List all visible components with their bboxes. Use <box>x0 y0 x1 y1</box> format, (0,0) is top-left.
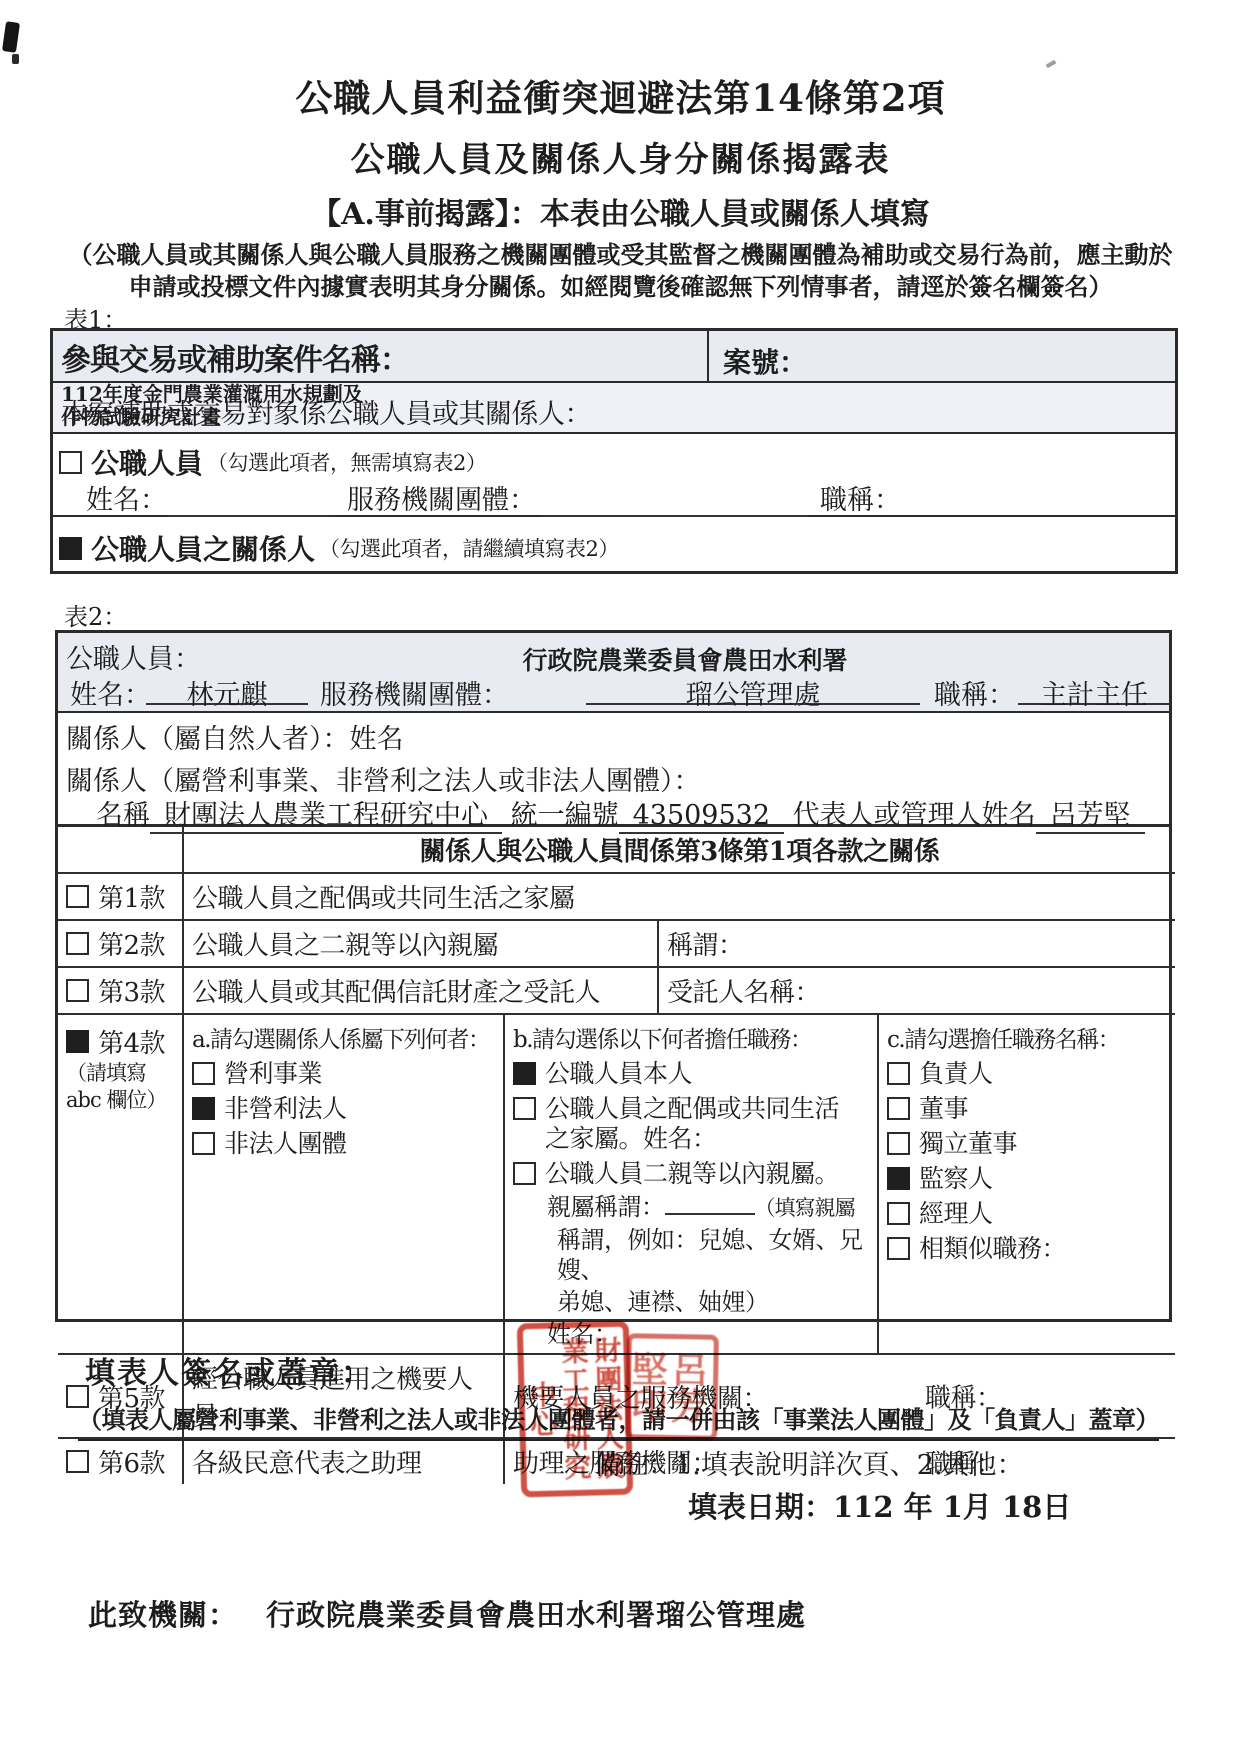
k4-c-supervisor-checkbox[interactable] <box>887 1167 910 1190</box>
related-option-label: 公職人員之關係人 <box>91 528 315 568</box>
table2-related-section: 關係人（屬自然人者）：姓名 關係人（屬營利事業、非營利之法人或非法人團體）： 名… <box>58 713 1169 827</box>
k4-note-line1: （請填寫 <box>66 1060 174 1087</box>
form-subtitle-disclosure-type: 【A.事前揭露】：本表由公職人員或關係人填寫 <box>0 189 1241 233</box>
entity-uid-value[interactable]: 43509532 <box>619 800 784 834</box>
official-agency-label: 服務機關團體： <box>320 673 509 712</box>
k4-b-kin-line: 親屬稱謂：（填寫親屬 <box>513 1191 869 1223</box>
official-heading: 公職人員： <box>66 637 201 676</box>
scan-artifact <box>2 21 20 53</box>
k3-extra: 受託人名稱： <box>658 967 1175 1014</box>
addressed-agency-value: 行政院農業委員會農田水利署瑠公管理處 <box>266 1598 806 1632</box>
table2-label: 表2： <box>64 597 127 632</box>
scanned-form-page: 公職人員利益衝突迴避法第14條第2項 公職人員及關係人身分關係揭露表 【A.事前… <box>0 0 1241 1755</box>
kin-title-blank[interactable] <box>665 1191 755 1215</box>
addressed-agency-line: 此致機關：行政院農業委員會農田水利署瑠公管理處 <box>88 1593 806 1634</box>
official-name-value[interactable]: 林元麒 <box>146 673 308 705</box>
k4-b-official-self-checkbox[interactable] <box>513 1062 536 1085</box>
case-number-cell: 案號： <box>709 331 1175 381</box>
table2-official-section: 公職人員： 行政院農業委員會農田水利署 姓名： 林元麒 服務機關團體： 瑠公管理… <box>58 633 1169 713</box>
related-person-checkbox[interactable] <box>59 537 82 560</box>
k4-a-nonprofit-checkbox[interactable] <box>192 1097 215 1120</box>
k4-b-kin-note3: 弟媳、連襟、妯娌） <box>513 1287 869 1317</box>
k2-desc: 公職人員之二親等以內親屬 <box>183 920 658 967</box>
organization-seal-stamp: 財團法人農業工程研究中心 <box>517 1321 634 1498</box>
table2: 公職人員： 行政院農業委員會農田水利署 姓名： 林元麒 服務機關團體： 瑠公管理… <box>55 630 1172 1322</box>
k2-no: 第2款 <box>98 925 165 962</box>
name-field-label: 姓名： <box>86 478 167 517</box>
table1: 參與交易或補助案件名稱： 112年度金門農業灌溉用水規劃及 作物試驗研究計畫 案… <box>50 328 1178 574</box>
k4-a-profit-checkbox[interactable] <box>192 1062 215 1085</box>
entity-uid-label: 統一編號 <box>511 800 619 831</box>
row-k4: 第4款 （請填寫 abc 欄位） a.請勾選關係人係屬下列何者： 營利事業 非營… <box>58 1014 1175 1354</box>
form-title-law: 公職人員利益衝突迴避法第14條第2項 <box>0 68 1241 122</box>
official-option-note: （勾選此項者，無需填寫表2） <box>207 447 486 477</box>
k3-desc: 公職人員或其配偶信託財產之受託人 <box>183 967 658 1014</box>
agency-field-blank[interactable] <box>542 485 808 517</box>
k4-b-spouse-checkbox[interactable] <box>513 1097 536 1120</box>
entity-name-value[interactable]: 財團法人農業工程研究中心 <box>150 800 502 834</box>
k4-note-line2: abc 欄位） <box>66 1087 174 1114</box>
addressed-agency-label: 此致機關： <box>88 1598 238 1632</box>
table1-related-option-row: 公職人員之關係人 （勾選此項者，請繼續填寫表2） <box>53 517 1175 571</box>
related-natural-line: 關係人（屬自然人者）：姓名 <box>66 717 404 756</box>
k4-a-title: a.請勾選關係人係屬下列何者： <box>192 1021 495 1054</box>
k4-no: 第4款 <box>98 1023 165 1060</box>
row-k2: 第2款 公職人員之二親等以內親屬 稱謂： <box>58 920 1175 967</box>
official-checkbox[interactable] <box>59 451 82 474</box>
k4-c-title: c.請勾選擔任職務名稱： <box>887 1021 1167 1054</box>
k4-c-responsible-checkbox[interactable] <box>887 1062 910 1085</box>
entity-rep-value[interactable]: 呂芳堅 <box>1036 800 1145 834</box>
official-name-label: 姓名： <box>70 673 151 712</box>
entity-detail-line: 名稱財團法人農業工程研究中心 統一編號43509532 代表人或管理人姓名呂芳堅 <box>96 793 1145 832</box>
form-header: 公職人員利益衝突迴避法第14條第2項 公職人員及關係人身分關係揭露表 【A.事前… <box>0 68 1241 303</box>
form-instructions-line1: （公職人員或其關係人與公職人員服務之機關團體或受其監督之機關團體為補助或交易行為… <box>0 239 1241 271</box>
k4-col-b: b.請勾選係以下何者擔任職務： 公職人員本人 公職人員之配偶或共同生活之家屬。姓… <box>504 1014 878 1354</box>
table1-official-option-row: 公職人員 （勾選此項者，無需填寫表2） 姓名： 服務機關團體： 職稱： <box>53 434 1175 517</box>
name-field-blank[interactable] <box>167 485 335 517</box>
official-title-value[interactable]: 主計主任 <box>1018 673 1170 705</box>
official-agency-value-bottom[interactable]: 瑠公管理處 <box>586 673 920 705</box>
k4-c-manager-checkbox[interactable] <box>887 1202 910 1225</box>
agency-field-label: 服務機關團體： <box>347 478 536 517</box>
k4-b-kin-note2: 稱謂，例如：兒媳、女婿、兄嫂、 <box>513 1225 869 1285</box>
k4-c-independent-director-checkbox[interactable] <box>887 1132 910 1155</box>
fill-date: 填表日期：112 年 1月 18日 <box>688 1485 1071 1526</box>
k3-no: 第3款 <box>98 972 165 1009</box>
table1-row-case: 參與交易或補助案件名稱： 112年度金門農業灌溉用水規劃及 作物試驗研究計畫 案… <box>53 331 1175 383</box>
related-option-note: （勾選此項者，請繼續填寫表2） <box>319 533 619 563</box>
official-title-label: 職稱： <box>934 673 1015 712</box>
k4-c-similar-checkbox[interactable] <box>887 1237 910 1260</box>
remark-line: 備註：1.填表說明詳次頁、2.其他： <box>594 1443 1024 1482</box>
official-agency-value-top: 行政院農業委員會農田水利署 <box>520 641 850 677</box>
entity-rep-label: 代表人或管理人姓名 <box>793 800 1036 831</box>
official-fields-line: 姓名： 服務機關團體： 職稱： <box>86 478 901 517</box>
k1-no: 第1款 <box>98 878 165 915</box>
k4-col-c: c.請勾選擔任職務名稱： 負責人 董事 獨立董事 監察人 經理人 相類似職務： <box>878 1014 1175 1354</box>
entity-name-label: 名稱 <box>96 800 150 831</box>
k6-no: 第6款 <box>98 1443 165 1480</box>
k4-c-director-checkbox[interactable] <box>887 1097 910 1120</box>
k3-checkbox[interactable] <box>66 979 89 1002</box>
row-k1: 第1款 公職人員之配偶或共同生活之家屬 <box>58 873 1175 920</box>
k1-desc: 公職人員之配偶或共同生活之家屬 <box>183 873 1175 920</box>
row-k3: 第3款 公職人員或其配偶信託財產之受託人 受託人名稱： <box>58 967 1175 1014</box>
form-title-name: 公職人員及關係人身分關係揭露表 <box>0 132 1241 181</box>
k4-col-a: a.請勾選關係人係屬下列何者： 營利事業 非營利法人 非法人團體 <box>183 1014 504 1354</box>
title-field-label: 職稱： <box>820 478 901 517</box>
scan-artifact <box>12 54 19 64</box>
k4-checkbox[interactable] <box>66 1030 89 1053</box>
k2-extra: 稱謂： <box>658 920 1175 967</box>
scan-artifact <box>1046 60 1057 68</box>
representative-seal-stamp: 呂芳堅印 <box>625 1333 719 1441</box>
k4-b-relative-checkbox[interactable] <box>513 1162 536 1185</box>
case-number-label: 案號： <box>723 346 807 379</box>
case-name-label: 參與交易或補助案件名稱 <box>61 343 380 378</box>
signature-label: 填表人簽名或蓋章： <box>85 1348 373 1392</box>
case-name-value: 112年度金門農業灌溉用水規劃及 作物試驗研究計畫 <box>61 383 363 429</box>
official-option-label: 公職人員 <box>91 442 203 482</box>
k6-checkbox[interactable] <box>66 1450 89 1473</box>
k1-checkbox[interactable] <box>66 885 89 908</box>
form-instructions: （公職人員或其關係人與公職人員服務之機關團體或受其監督之機關團體為補助或交易行為… <box>0 239 1241 303</box>
case-name-cell: 參與交易或補助案件名稱： 112年度金門農業灌溉用水規劃及 作物試驗研究計畫 <box>53 331 709 381</box>
form-instructions-line2: 申請或投標文件內據實表明其身分關係。如經閱覽後確認無下列情事者，請逕於簽名欄簽名… <box>0 271 1241 303</box>
k6-desc: 各級民意代表之助理 <box>183 1438 504 1484</box>
k4-b-title: b.請勾選係以下何者擔任職務： <box>513 1021 869 1054</box>
k2-checkbox[interactable] <box>66 932 89 955</box>
k4-a-unincorporated-checkbox[interactable] <box>192 1132 215 1155</box>
